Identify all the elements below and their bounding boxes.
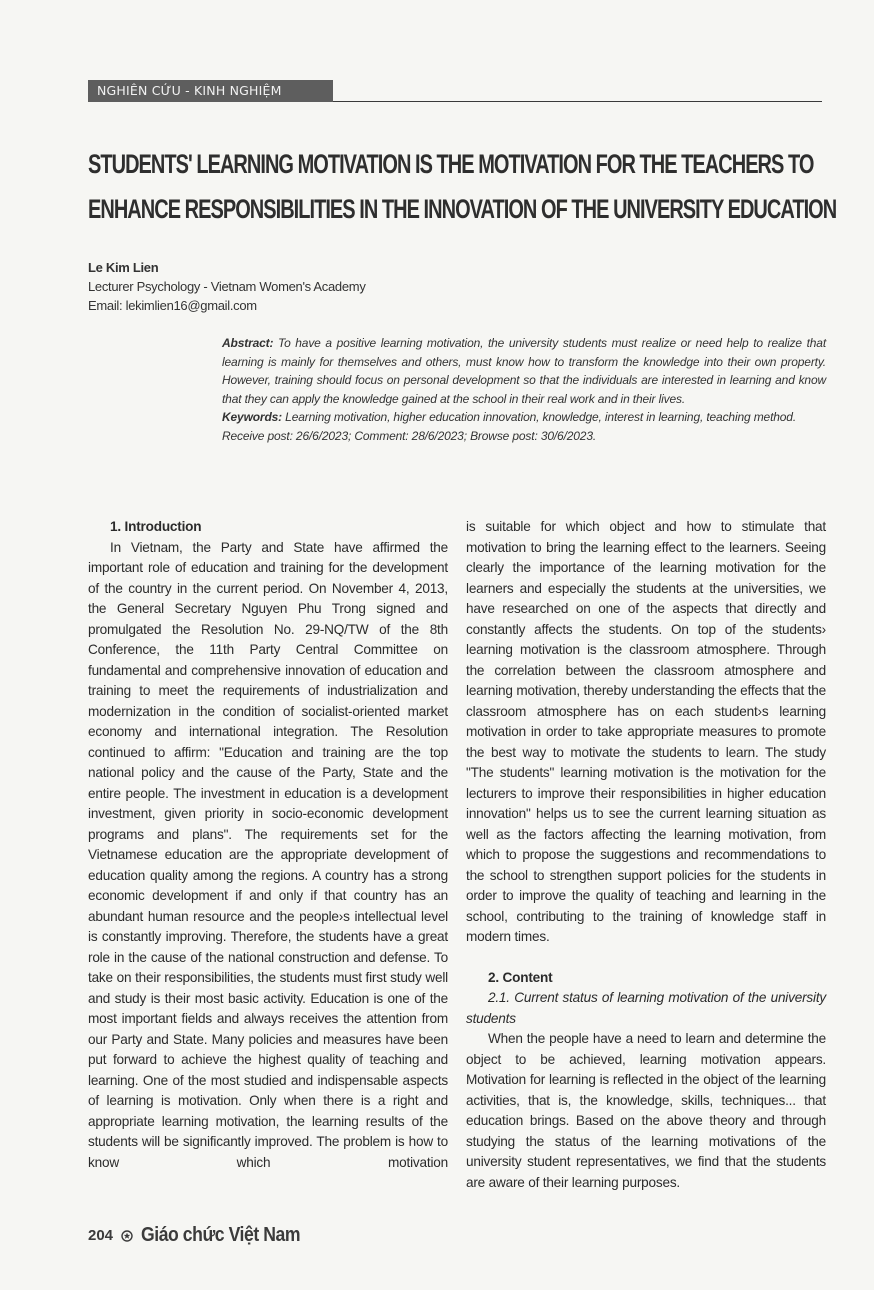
author-name: Le Kim Lien <box>88 258 366 277</box>
journal-name: Giáo chức Việt Nam <box>141 1224 300 1247</box>
abstract: Abstract: To have a positive learning mo… <box>222 334 826 408</box>
content-subheading: 2.1. Current status of learning motivati… <box>466 988 826 1029</box>
section-rule <box>333 101 822 102</box>
section-tag: NGHIÊN CỨU - KINH NGHIỆM <box>88 80 333 102</box>
author-block: Le Kim Lien Lecturer Psychology - Vietna… <box>88 258 366 315</box>
keywords-label: Keywords: <box>222 410 282 424</box>
abstract-label: Abstract: <box>222 336 273 350</box>
author-email: Email: lekimlien16@gmail.com <box>88 296 366 315</box>
section-header: NGHIÊN CỨU - KINH NGHIỆM <box>88 80 822 102</box>
author-affiliation: Lecturer Psychology - Vietnam Women's Ac… <box>88 277 366 296</box>
title-line-1: Students' learning motivation is the mot… <box>88 142 828 187</box>
intro-heading: 1. Introduction <box>88 517 448 538</box>
article-title: Students' learning motivation is the mot… <box>88 142 634 232</box>
page-footer: 204 Giáo chức Việt Nam <box>88 1222 322 1248</box>
content-paragraph: When the people have a need to learn and… <box>466 1029 826 1193</box>
intro-paragraph-continued: is suitable for which object and how to … <box>466 517 826 948</box>
page-number: 204 <box>88 1227 113 1244</box>
body-column-right: is suitable for which object and how to … <box>466 517 826 1193</box>
title-line-2: enhance responsibilities in the innovati… <box>88 187 828 232</box>
keywords-text: Learning motivation, higher education in… <box>282 410 796 424</box>
section-spacer <box>466 948 826 968</box>
publication-dates: Receive post: 26/6/2023; Comment: 28/6/2… <box>222 427 826 446</box>
content-heading: 2. Content <box>466 968 826 989</box>
intro-paragraph: In Vietnam, the Party and State have aff… <box>88 538 448 1174</box>
body-column-left: 1. Introduction In Vietnam, the Party an… <box>88 517 448 1173</box>
star-circle-icon <box>121 1229 133 1241</box>
keywords: Keywords: Learning motivation, higher ed… <box>222 408 826 427</box>
abstract-text: To have a positive learning motivation, … <box>222 336 826 406</box>
abstract-block: Abstract: To have a positive learning mo… <box>222 334 826 446</box>
